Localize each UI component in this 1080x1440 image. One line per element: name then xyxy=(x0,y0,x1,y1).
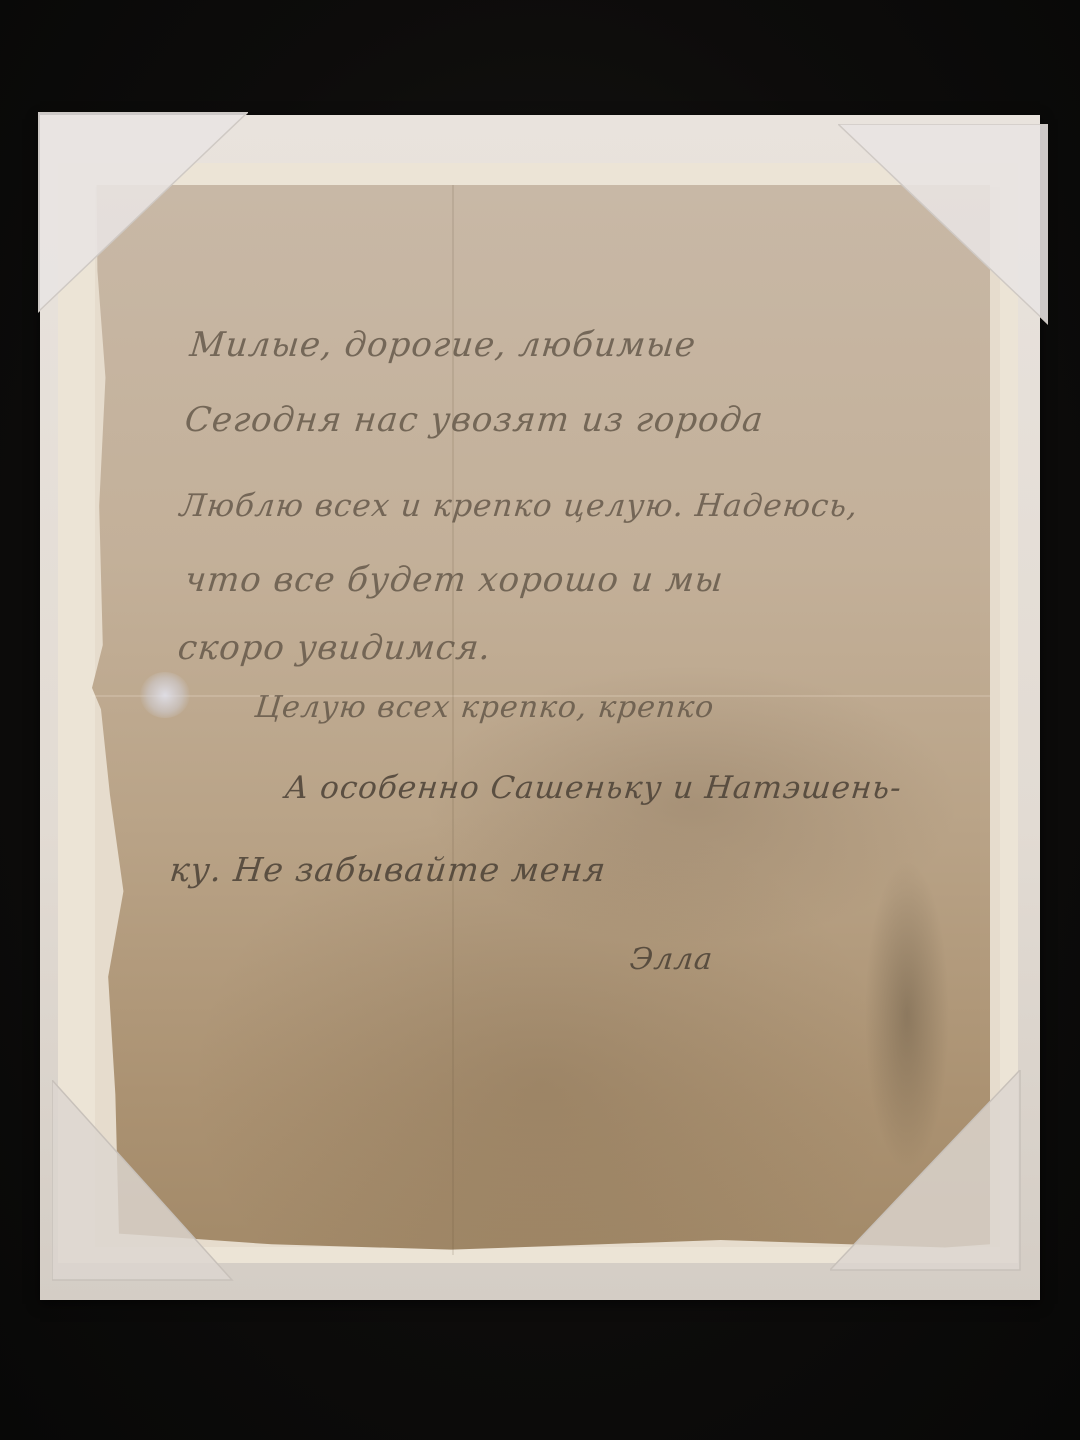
letter-line-3: Люблю всех и крепко целую. Надеюсь, xyxy=(178,488,860,524)
letter-line-6: Целую всех крепко, крепко xyxy=(253,690,716,725)
letter-line-5: скоро увидимся. xyxy=(176,628,493,668)
letter-line-2: Сегодня нас увозят из города xyxy=(183,400,766,440)
photo-corner-bottom-left xyxy=(52,1080,262,1290)
photo-corner-top-right xyxy=(838,124,1048,334)
photo-corner-top-left xyxy=(38,112,248,322)
letter-signature: Элла xyxy=(628,942,715,977)
letter-line-4: что все будет хорошо и мы xyxy=(183,560,726,600)
letter-line-8: ку. Не забывайте меня xyxy=(168,850,608,889)
photo-corner-bottom-right xyxy=(830,1070,1040,1280)
letter-line-1: Милые, дорогие, любимые xyxy=(188,325,698,365)
letter-line-7: А особенно Сашеньку и Натэшень- xyxy=(283,770,904,806)
